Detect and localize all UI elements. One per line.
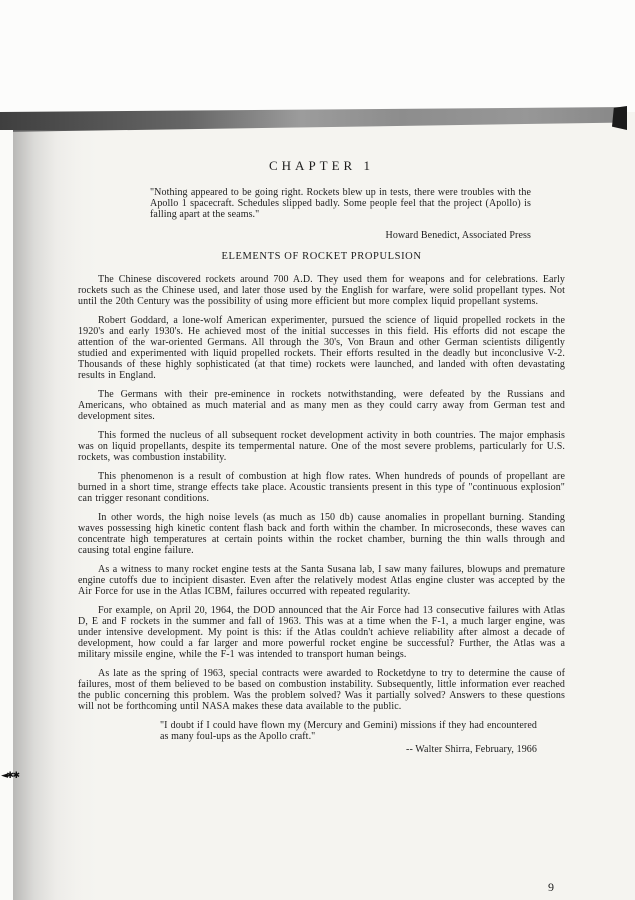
paragraph: In other words, the high noise levels (a… <box>78 512 565 556</box>
closing-quote-attribution: -- Walter Shirra, February, 1966 <box>160 744 537 755</box>
paragraph: This phenomenon is a result of combustio… <box>78 471 565 504</box>
film-registration-mark: ◄✱✱ <box>1 771 19 781</box>
paragraph: For example, on April 20, 1964, the DOD … <box>78 605 565 660</box>
paragraph: This formed the nucleus of all subsequen… <box>78 430 565 463</box>
closing-quote: "I doubt if I could have flown my (Mercu… <box>160 720 537 742</box>
paragraph: As a witness to many rocket engine tests… <box>78 564 565 597</box>
page-number: 9 <box>548 880 554 895</box>
section-heading: ELEMENTS OF ROCKET PROPULSION <box>78 251 565 262</box>
scan-band-end-blob <box>612 106 627 130</box>
scan-top-margin <box>0 0 635 112</box>
paragraph: The Chinese discovered rockets around 70… <box>78 274 565 307</box>
chapter-heading: CHAPTER 1 <box>78 160 565 171</box>
paragraph: Robert Goddard, a lone-wolf American exp… <box>78 315 565 381</box>
paragraph: As late as the spring of 1963, special c… <box>78 668 565 712</box>
opening-quote-attribution: Howard Benedict, Associated Press <box>150 230 531 241</box>
opening-quote: "Nothing appeared to be going right. Roc… <box>150 187 531 220</box>
paragraph: The Germans with their pre-eminence in r… <box>78 389 565 422</box>
scan-left-margin <box>0 130 13 900</box>
page-content: CHAPTER 1 "Nothing appeared to be going … <box>78 160 565 755</box>
